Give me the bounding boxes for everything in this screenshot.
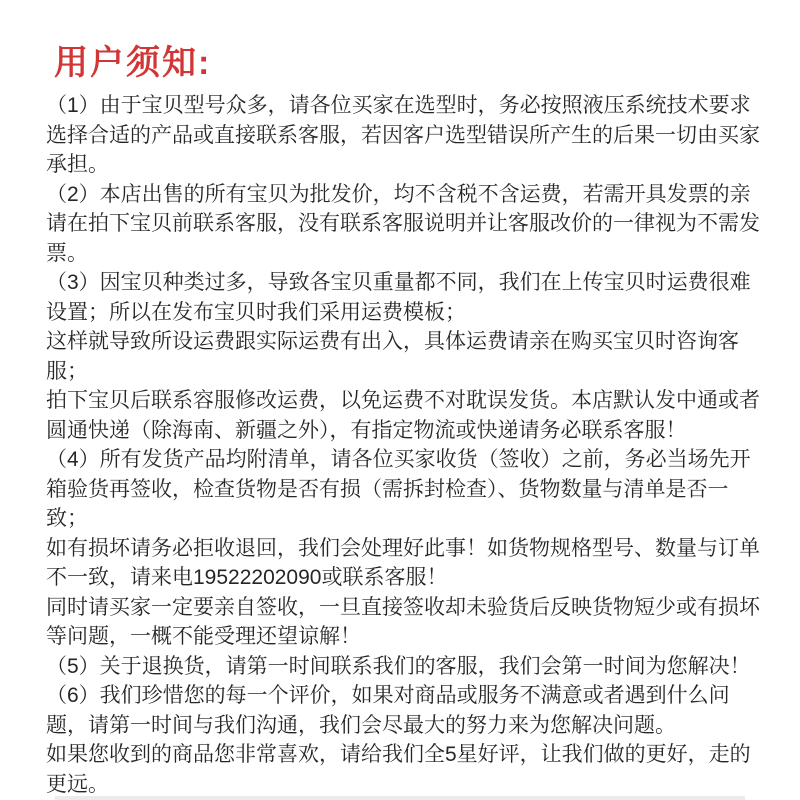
notice-paragraph: （4）所有发货产品均附清单，请各位买家收货（签收）之前，务必当场先开箱验货再签收… [46,445,760,534]
notice-paragraph: 拍下宝贝后联系容服修改运费，以免运费不对耽误发货。本店默认发中通或者圆通快递（除… [46,386,760,445]
notice-paragraph: （6）我们珍惜您的每一个评价，如果对商品或服务不满意或者遇到什么问题，请第一时间… [46,681,760,740]
notice-paragraph: （2）本店出售的所有宝贝为批发价，均不含税不含运费，若需开具发票的亲请在拍下宝贝… [46,180,760,269]
notice-paragraph: 这样就导致所设运费跟实际运费有出入，具体运费请亲在购买宝贝时咨询客服； [46,327,760,386]
notice-paragraph: 如有损坏请务必拒收退回，我们会处理好此事！如货物规格型号、数量与订单不一致，请来… [46,534,760,593]
notice-paragraph: （5）关于退换货，请第一时间联系我们的客服，我们会第一时间为您解决！ [46,652,760,682]
notice-paragraph: （3）因宝贝种类过多，导致各宝贝重量都不同，我们在上传宝贝时运费很难设置；所以在… [46,268,760,327]
notice-document: 用户须知: （1）由于宝贝型号众多，请各位买家在选型时，务必按照液压系统技术要求… [0,0,800,800]
notice-body: （1）由于宝贝型号众多，请各位买家在选型时，务必按照液压系统技术要求选择合适的产… [46,91,760,799]
notice-paragraph: 同时请买家一定要亲自签收，一旦直接签收却未验货后反映货物短少或有损坏等问题，一概… [46,593,760,652]
notice-paragraph: （1）由于宝贝型号众多，请各位买家在选型时，务必按照液压系统技术要求选择合适的产… [46,91,760,180]
bottom-divider [55,796,745,800]
notice-paragraph: 如果您收到的商品您非常喜欢，请给我们全5星好评，让我们做的更好，走的更远。 [46,740,760,799]
notice-title: 用户须知: [54,44,762,82]
